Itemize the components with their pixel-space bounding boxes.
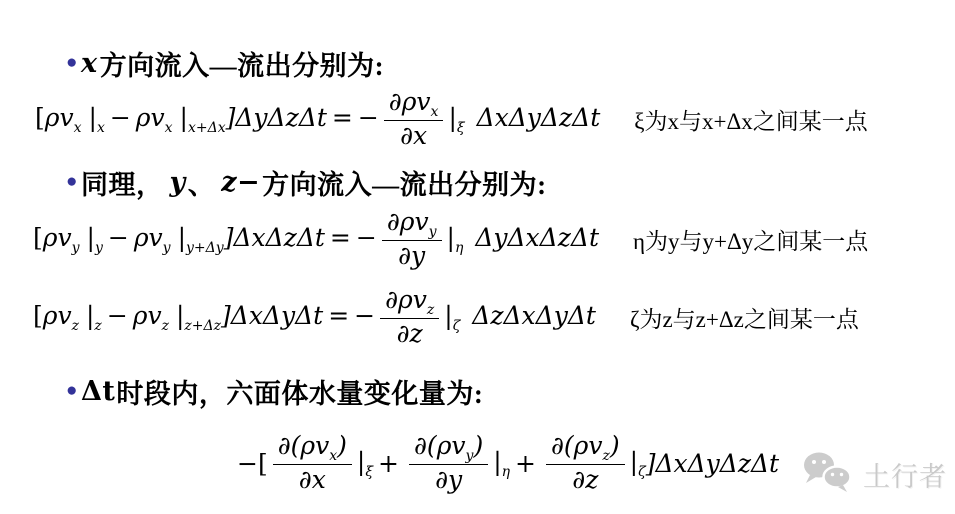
fraction: ∂(ρvy) ∂y [409, 432, 488, 495]
sum-equation: −[ ∂(ρvx) ∂x |ξ + ∂(ρvy) ∂y |η + ∂(ρvz) … [237, 432, 779, 495]
math-token: [ [35, 103, 45, 132]
fraction: ∂(ρvz) ∂z [546, 432, 625, 495]
plus-sign: + [378, 449, 399, 478]
equation-x-lhs: [ρvx|x−ρvx|x+Δx]ΔyΔzΔt=− [35, 103, 379, 135]
watermark-label: 土行者 [863, 455, 947, 494]
subscript: y [95, 240, 103, 256]
fraction-denominator: ∂x [273, 465, 352, 495]
eval-bar: | [444, 301, 452, 330]
subscript: z [427, 302, 434, 318]
fraction-numerator: ∂(ρvz) [546, 432, 625, 465]
equation-y: [ρvy|y−ρvy|y+Δy]ΔxΔzΔt=− ∂ρvy ∂y |ηΔyΔxΔ… [33, 208, 599, 271]
equation-z-rhs: |ζΔzΔxΔyΔt [444, 301, 596, 333]
math-token: ρv [43, 301, 72, 330]
math-token: ∂y [398, 241, 425, 270]
minus-sign: − [110, 103, 131, 132]
subscript: z+Δz [184, 318, 221, 334]
subscript: y+Δy [186, 240, 224, 256]
subscript: x [165, 120, 173, 136]
heading-math-var: x [81, 48, 98, 79]
sum-lead: −[ [237, 449, 268, 478]
eval-bar: | [89, 103, 97, 132]
fraction-numerator: ∂ρvy [382, 208, 442, 241]
fraction-numerator: ∂(ρvx) [273, 432, 352, 465]
subscript: y [429, 224, 437, 240]
math-token: ρv [437, 431, 466, 460]
math-token: ∂( [278, 431, 301, 460]
subscript: x [74, 120, 82, 136]
eval-bar: | [178, 223, 186, 252]
heading-yz-direction: ● 同理， y 、 z− 方向流入—流出分别为: [66, 163, 547, 202]
heading-x-direction: ● x 方向流入—流出分别为: [66, 44, 384, 83]
math-token: ∂x [400, 121, 427, 150]
fraction: ∂ρvz ∂z [380, 286, 439, 349]
eval-bar: | [448, 103, 456, 132]
math-token: ∂ρv [385, 285, 427, 314]
sum-close: ]ΔxΔyΔzΔt [646, 449, 779, 478]
heading-text: 方向流入—流出分别为: [262, 163, 547, 202]
eval-chunk: |ζ [630, 447, 646, 479]
heading-text-pre: 同理， [81, 163, 164, 202]
math-token: ρv [133, 301, 162, 330]
note-eta: η为y与y+Δy之间某一点 [633, 223, 868, 256]
heading-text: 时段内，六面体水量变化量为: [116, 372, 483, 411]
subscript: z [603, 448, 610, 464]
heading-water-change: ● Δt 时段内，六面体水量变化量为: [66, 372, 483, 411]
minus-sign: − [358, 103, 379, 132]
minus-sign: − [108, 223, 129, 252]
math-token: ) [473, 431, 483, 460]
bullet-icon: ● [66, 172, 78, 191]
math-token: ∂( [414, 431, 437, 460]
math-token: ∂z [397, 319, 423, 348]
watermark: 土行者 [799, 450, 947, 498]
minus-sign: − [107, 301, 128, 330]
subscript: y [163, 240, 171, 256]
plus-sign: + [515, 449, 536, 478]
math-token: ∂y [435, 465, 462, 494]
math-token: ρv [43, 223, 72, 252]
heading-separator: 、 [188, 163, 216, 202]
equals-sign: = [328, 301, 349, 330]
subscript: η [455, 240, 463, 256]
equation-x: [ρvx|x−ρvx|x+Δx]ΔyΔzΔt=− ∂ρvx ∂x |ξΔxΔyΔ… [35, 88, 600, 151]
eval-bar: | [493, 447, 501, 476]
fraction-denominator: ∂y [382, 241, 442, 271]
math-token: ρv [574, 431, 603, 460]
subscript: ξ [457, 120, 465, 136]
math-token: ]ΔxΔyΔt [221, 301, 323, 330]
subscript: x [329, 448, 337, 464]
bullet-icon: ● [66, 381, 78, 400]
heading-text: 方向流入—流出分别为: [100, 44, 385, 83]
subscript: ζ [638, 464, 646, 480]
equation-z-lhs: [ρvz|z−ρvz|z+Δz]ΔxΔyΔt=− [33, 301, 375, 333]
sum-equation-row: −[ ∂(ρvx) ∂x |ξ + ∂(ρvy) ∂y |η + ∂(ρvz) … [237, 432, 779, 495]
equation-row-z: [ρvz|z−ρvz|z+Δz]ΔxΔyΔt=− ∂ρvz ∂z |ζΔzΔxΔ… [33, 286, 859, 349]
math-token: ∂( [551, 431, 574, 460]
math-token: −[ [237, 449, 268, 478]
math-token: ΔxΔyΔzΔt [477, 103, 601, 132]
fraction-denominator: ∂y [409, 465, 488, 495]
subscript: z [72, 318, 79, 334]
subscript: x [431, 104, 439, 120]
minus-sign: − [356, 223, 377, 252]
math-token: ρv [136, 103, 165, 132]
note-zeta: ζ为z与z+Δz之间某一点 [630, 301, 859, 334]
subscript: x [97, 120, 105, 136]
eval-bar: | [447, 223, 455, 252]
fraction: ∂ρvx ∂x [384, 88, 444, 151]
note-xi: ξ为x与x+Δx之间某一点 [634, 103, 868, 136]
math-token: ρv [134, 223, 163, 252]
equation-y-rhs: |ηΔyΔxΔzΔt [447, 223, 600, 255]
equation-x-rhs: |ξΔxΔyΔzΔt [448, 103, 600, 135]
math-token: ΔyΔxΔzΔt [475, 223, 599, 252]
bullet-icon: ● [66, 53, 78, 72]
equation-z: [ρvz|z−ρvz|z+Δz]ΔxΔyΔt=− ∂ρvz ∂z |ζΔzΔxΔ… [33, 286, 596, 349]
eval-bar: | [87, 223, 95, 252]
eval-bar: | [630, 447, 638, 476]
fraction-denominator: ∂z [546, 465, 625, 495]
math-token: ∂ρv [389, 87, 431, 116]
eval-bar: | [180, 103, 188, 132]
minus-sign: − [354, 301, 375, 330]
equation-y-lhs: [ρvy|y−ρvy|y+Δy]ΔxΔzΔt=− [33, 223, 377, 255]
equals-sign: = [332, 103, 353, 132]
equation-row-x: [ρvx|x−ρvx|x+Δx]ΔyΔzΔt=− ∂ρvx ∂x |ξΔxΔyΔ… [35, 88, 868, 151]
fraction: ∂ρvy ∂y [382, 208, 442, 271]
slide: ● x 方向流入—流出分别为: [ρvx|x−ρvx|x+Δx]ΔyΔzΔt=−… [0, 0, 955, 514]
math-token: ∂z [572, 465, 598, 494]
math-token: ρv [45, 103, 74, 132]
fraction-numerator: ∂(ρvy) [409, 432, 488, 465]
math-token: ∂x [299, 465, 326, 494]
fraction-numerator: ∂ρvz [380, 286, 439, 319]
math-token: ]ΔyΔzΔt [226, 103, 327, 132]
equals-sign: = [330, 223, 351, 252]
math-token: [ [33, 301, 43, 330]
heading-math-var-z: z− [221, 167, 260, 198]
wechat-bubbles-icon [799, 450, 857, 498]
subscript: ξ [365, 464, 373, 480]
subscript: z [94, 318, 101, 334]
eval-chunk: |η [493, 447, 510, 479]
math-token: ]ΔxΔzΔt [224, 223, 325, 252]
math-token: ΔzΔxΔyΔt [472, 301, 596, 330]
heading-math-dt: Δt [81, 376, 115, 407]
math-token: ρv [300, 431, 329, 460]
fraction-denominator: ∂x [384, 121, 444, 151]
math-token: ) [337, 431, 347, 460]
equation-row-y: [ρvy|y−ρvy|y+Δy]ΔxΔzΔt=− ∂ρvy ∂y |ηΔyΔxΔ… [33, 208, 868, 271]
fraction-denominator: ∂z [380, 319, 439, 349]
subscript: x+Δx [188, 120, 226, 136]
fraction: ∂(ρvx) ∂x [273, 432, 352, 495]
math-token: ∂ρv [387, 207, 429, 236]
subscript: y [72, 240, 80, 256]
math-token: [ [33, 223, 43, 252]
subscript: ζ [453, 318, 461, 334]
math-token: ) [610, 431, 620, 460]
heading-math-var-y: y [169, 167, 185, 198]
fraction-numerator: ∂ρvx [384, 88, 444, 121]
subscript: η [502, 464, 510, 480]
eval-chunk: |ξ [357, 447, 373, 479]
subscript: z [162, 318, 169, 334]
